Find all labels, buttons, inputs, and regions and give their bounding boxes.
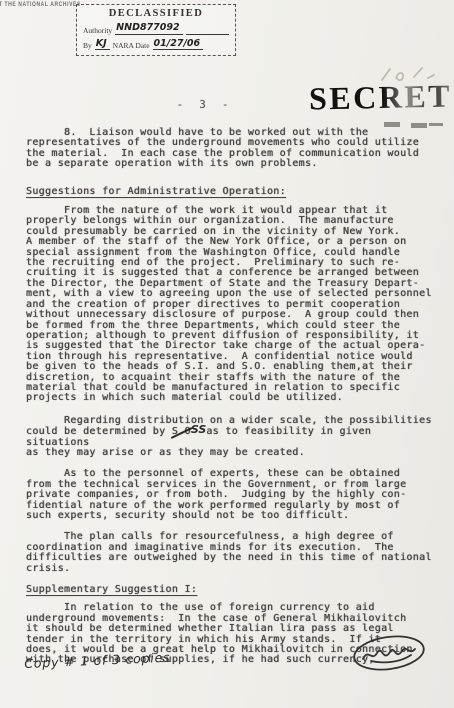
paragraph-organization: From the nature of the work it would app… (26, 206, 440, 404)
page-number: - 3 - (150, 99, 260, 111)
declassified-authority-row: Authority NND877092 (83, 23, 229, 35)
authority-value-handwritten: NND877092 (115, 23, 182, 35)
by-label: By (83, 41, 92, 50)
paragraph-liaison: 8. Liaison would have to be worked out w… (26, 128, 440, 170)
declassified-stamp-title: DECLASSIFIED (83, 8, 229, 19)
paragraph-plan: The plan calls for resourcefulness, a hi… (26, 532, 440, 574)
nara-date-label: NARA Date (113, 41, 150, 50)
heading-supplementary-suggestion: Supplementary Suggestion I: (26, 585, 440, 595)
paragraph-experts: As to the personnel of experts, these ca… (26, 469, 440, 521)
stamp-smudge (384, 122, 400, 127)
paragraph-distribution: Regarding distribution on a wider scale,… (26, 416, 440, 459)
date-value-handwritten: 01/27/06 (153, 39, 204, 51)
scanned-document-page: AT THE NATIONAL ARCHIVES DECLASSIFIED Au… (0, 0, 454, 708)
handwritten-correction: SS (191, 423, 206, 436)
struck-text: S.O (172, 427, 191, 437)
national-archives-legend: AT THE NATIONAL ARCHIVES (0, 1, 81, 8)
heading-administrative-operation: Suggestions for Administrative Operation… (26, 187, 440, 197)
authority-underline (186, 33, 229, 35)
authority-label: Authority (83, 26, 112, 35)
signature-monogram (349, 628, 429, 678)
declassified-by-row: By KJ NARA Date 01/27/06 (83, 39, 229, 51)
by-value-handwritten: KJ (95, 39, 110, 51)
typed-body: 8. Liaison would have to be worked out w… (26, 128, 440, 666)
declassified-stamp: DECLASSIFIED Authority NND877092 By KJ N… (76, 4, 236, 56)
secret-classification-stamp: SECRET (309, 80, 453, 115)
